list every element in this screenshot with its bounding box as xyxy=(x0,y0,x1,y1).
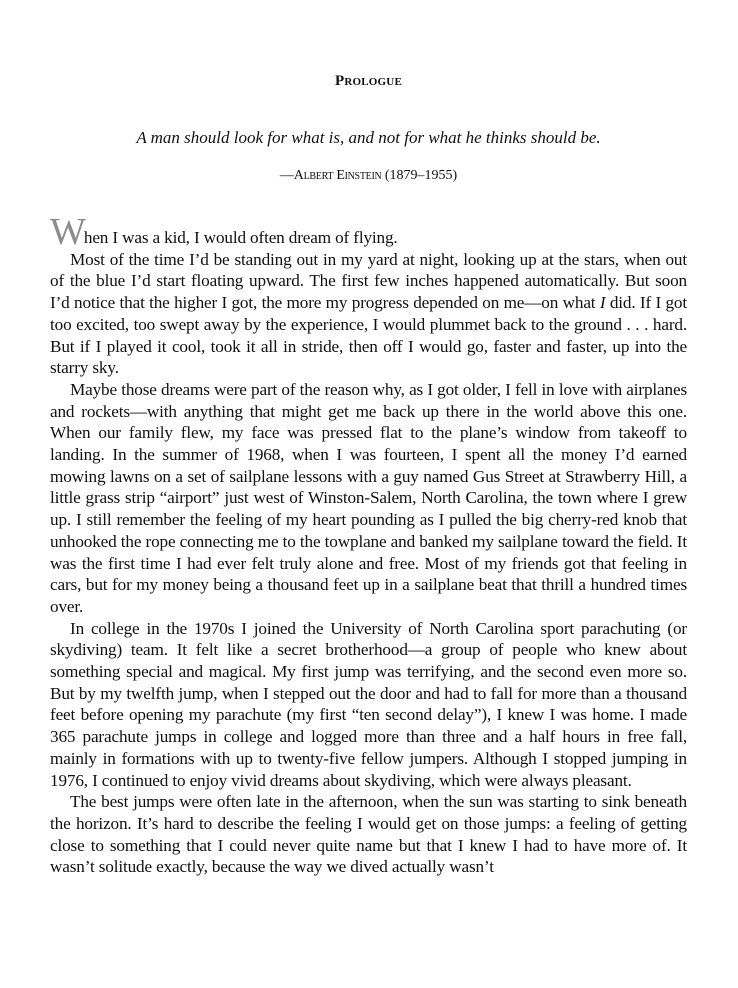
paragraph-1-text: hen I was a kid, I would often dream of … xyxy=(84,228,398,247)
attribution-dash: — xyxy=(280,168,294,183)
paragraph-2-text: Most of the time I’d be standing out in … xyxy=(50,250,687,312)
epigraph-quote: A man should look for what is, and not f… xyxy=(50,128,687,148)
body-text: When I was a kid, I would often dream of… xyxy=(50,222,687,878)
drop-cap: W xyxy=(50,211,84,253)
epigraph-attribution: —Albert Einstein (1879–1955) xyxy=(50,167,687,185)
chapter-title: Prologue xyxy=(50,72,687,90)
paragraph-3: Maybe those dreams were part of the reas… xyxy=(50,379,687,618)
paragraph-2: Most of the time I’d be standing out in … xyxy=(50,249,687,379)
attribution-author: Albert Einstein xyxy=(294,168,382,183)
paragraph-4: In college in the 1970s I joined the Uni… xyxy=(50,618,687,792)
paragraph-1: When I was a kid, I would often dream of… xyxy=(50,222,687,249)
paragraph-5: The best jumps were often late in the af… xyxy=(50,791,687,878)
attribution-dates: (1879–1955) xyxy=(381,168,457,183)
